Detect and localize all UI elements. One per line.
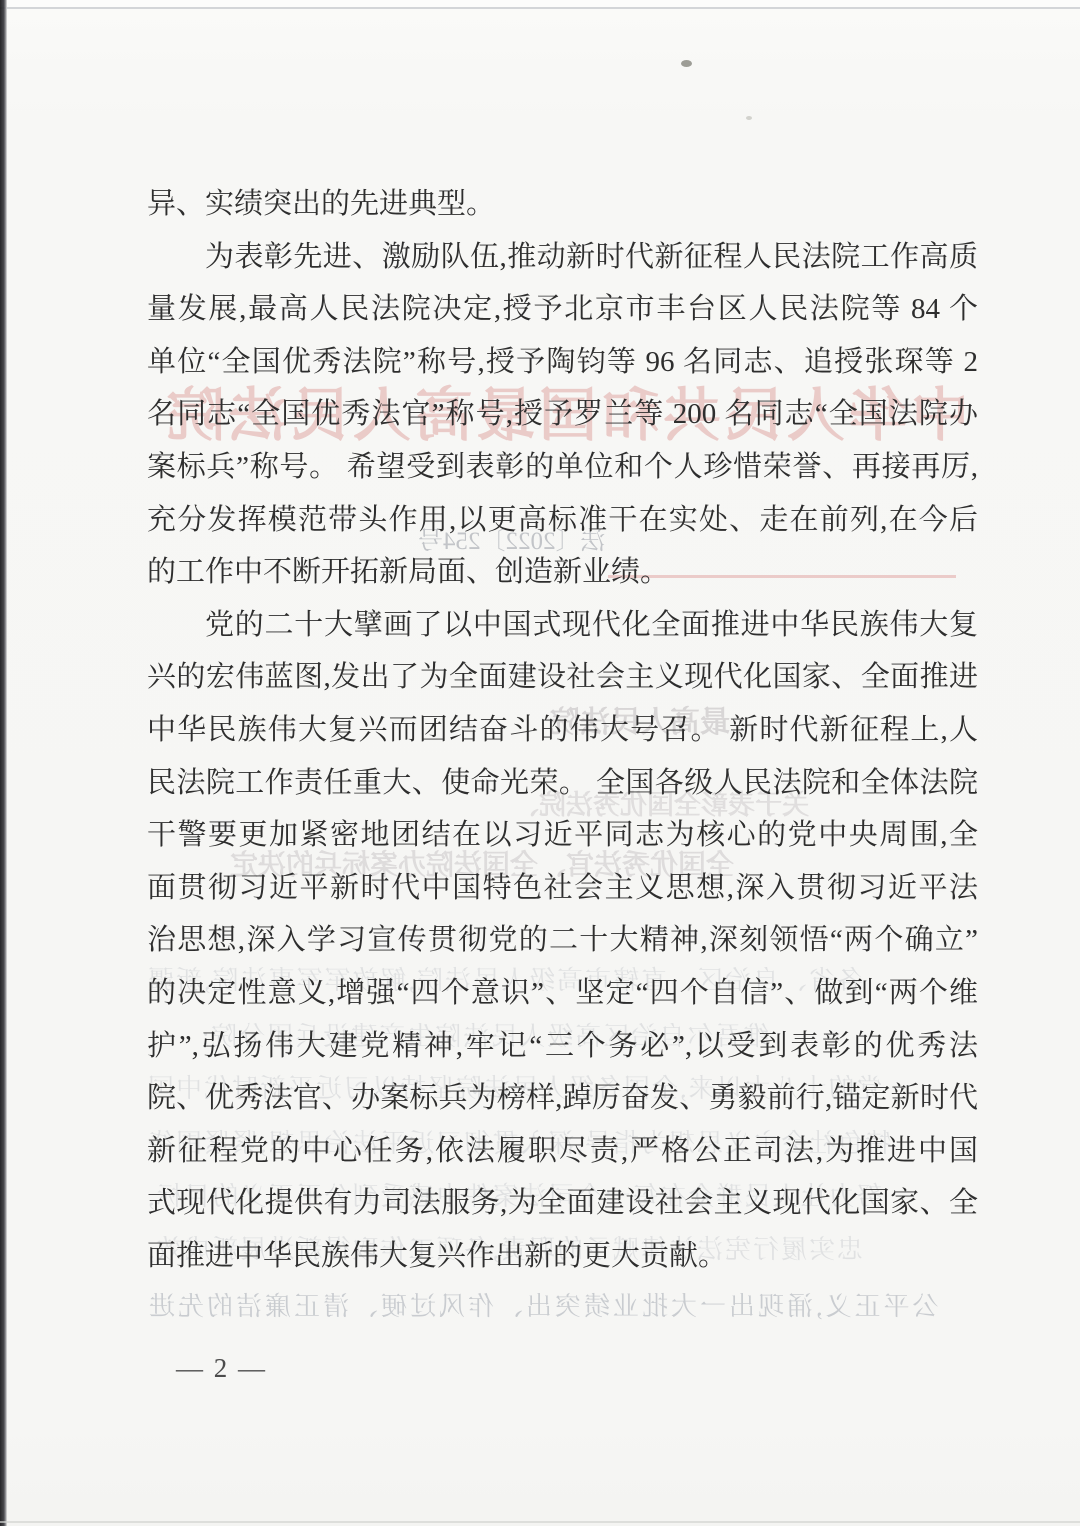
page-number: — 2 —: [176, 1353, 296, 1384]
page-left-edge: [0, 0, 7, 1526]
document-line: 民法院工作责任重大、使命光荣。 全国各级人民法院和全体法院: [147, 757, 978, 810]
scan-speck: [681, 60, 692, 67]
document-line: 量发展,最高人民法院决定,授予北京市丰台区人民法院等 84 个: [147, 283, 978, 336]
page-top-margin: [0, 0, 1080, 7]
document-line: 异、实绩突出的先进典型。: [147, 178, 978, 231]
document-line: 的决定性意义,增强“四个意识”、坚定“四个自信”、做到“两个维: [147, 967, 978, 1020]
document-line: 院、优秀法官、办案标兵为榜样,踔厉奋发、勇毅前行,锚定新时代: [147, 1072, 978, 1125]
document-line: 的工作中不断开拓新局面、创造新业绩。: [147, 546, 978, 599]
document-line: 名同志“全国优秀法官”称号,授予罗兰等 200 名同志“全国法院办: [147, 388, 978, 441]
document-line: 党的二十大擘画了以中国式现代化全面推进中华民族伟大复: [147, 599, 978, 652]
document-line: 兴的宏伟蓝图,发出了为全面建设社会主义现代化国家、全面推进: [147, 651, 978, 704]
document-line: 式现代化提供有力司法服务,为全面建设社会主义现代化国家、全: [147, 1177, 978, 1230]
document-line: 面贯彻习近平新时代中国特色社会主义思想,深入贯彻习近平法: [147, 862, 978, 915]
document-line: 为表彰先进、激励队伍,推动新时代新征程人民法院工作高质: [147, 231, 978, 284]
document-line: 治思想,深入学习宣传贯彻党的二十大精神,深刻领悟“两个确立”: [147, 914, 978, 967]
document-line: 充分发挥模范带头作用,以更高标准干在实处、走在前列,在今后: [147, 494, 978, 547]
document-line: 面推进中华民族伟大复兴作出新的更大贡献。: [147, 1230, 978, 1283]
document-line: 护”,弘扬伟大建党精神,牢记“三个务必”,以受到表彰的优秀法: [147, 1020, 978, 1073]
document-line: 案标兵”称号。 希望受到表彰的单位和个人珍惜荣誉、再接再厉,: [147, 441, 978, 494]
bleed-through-text-line: 公平正义,涌现出一大批业绩突出、作风过硬、清正廉洁的先进: [146, 1286, 939, 1323]
document-line: 干警要更加紧密地团结在以习近平同志为核心的党中央周围,全: [147, 809, 978, 862]
document-line: 单位“全国优秀法院”称号,授予陶钧等 96 名同志、追授张琛等 2: [147, 336, 978, 389]
scanned-page: 中华人民共和国最高人民法院 法〔2022〕254号 最高人民法院 关于表彰全国优…: [0, 0, 1080, 1526]
document-line: 中华民族伟大复兴而团结奋斗的伟大号召。 新时代新征程上,人: [147, 704, 978, 757]
page-bottom-edge: [0, 1521, 1080, 1523]
scan-speck: [746, 116, 752, 120]
page-top-edge: [0, 7, 1080, 9]
document-line: 新征程党的中心任务,依法履职尽责,严格公正司法,为推进中国: [147, 1125, 978, 1178]
document-text: 异、实绩突出的先进典型。 为表彰先进、激励队伍,推动新时代新征程人民法院工作高质…: [147, 178, 978, 1282]
